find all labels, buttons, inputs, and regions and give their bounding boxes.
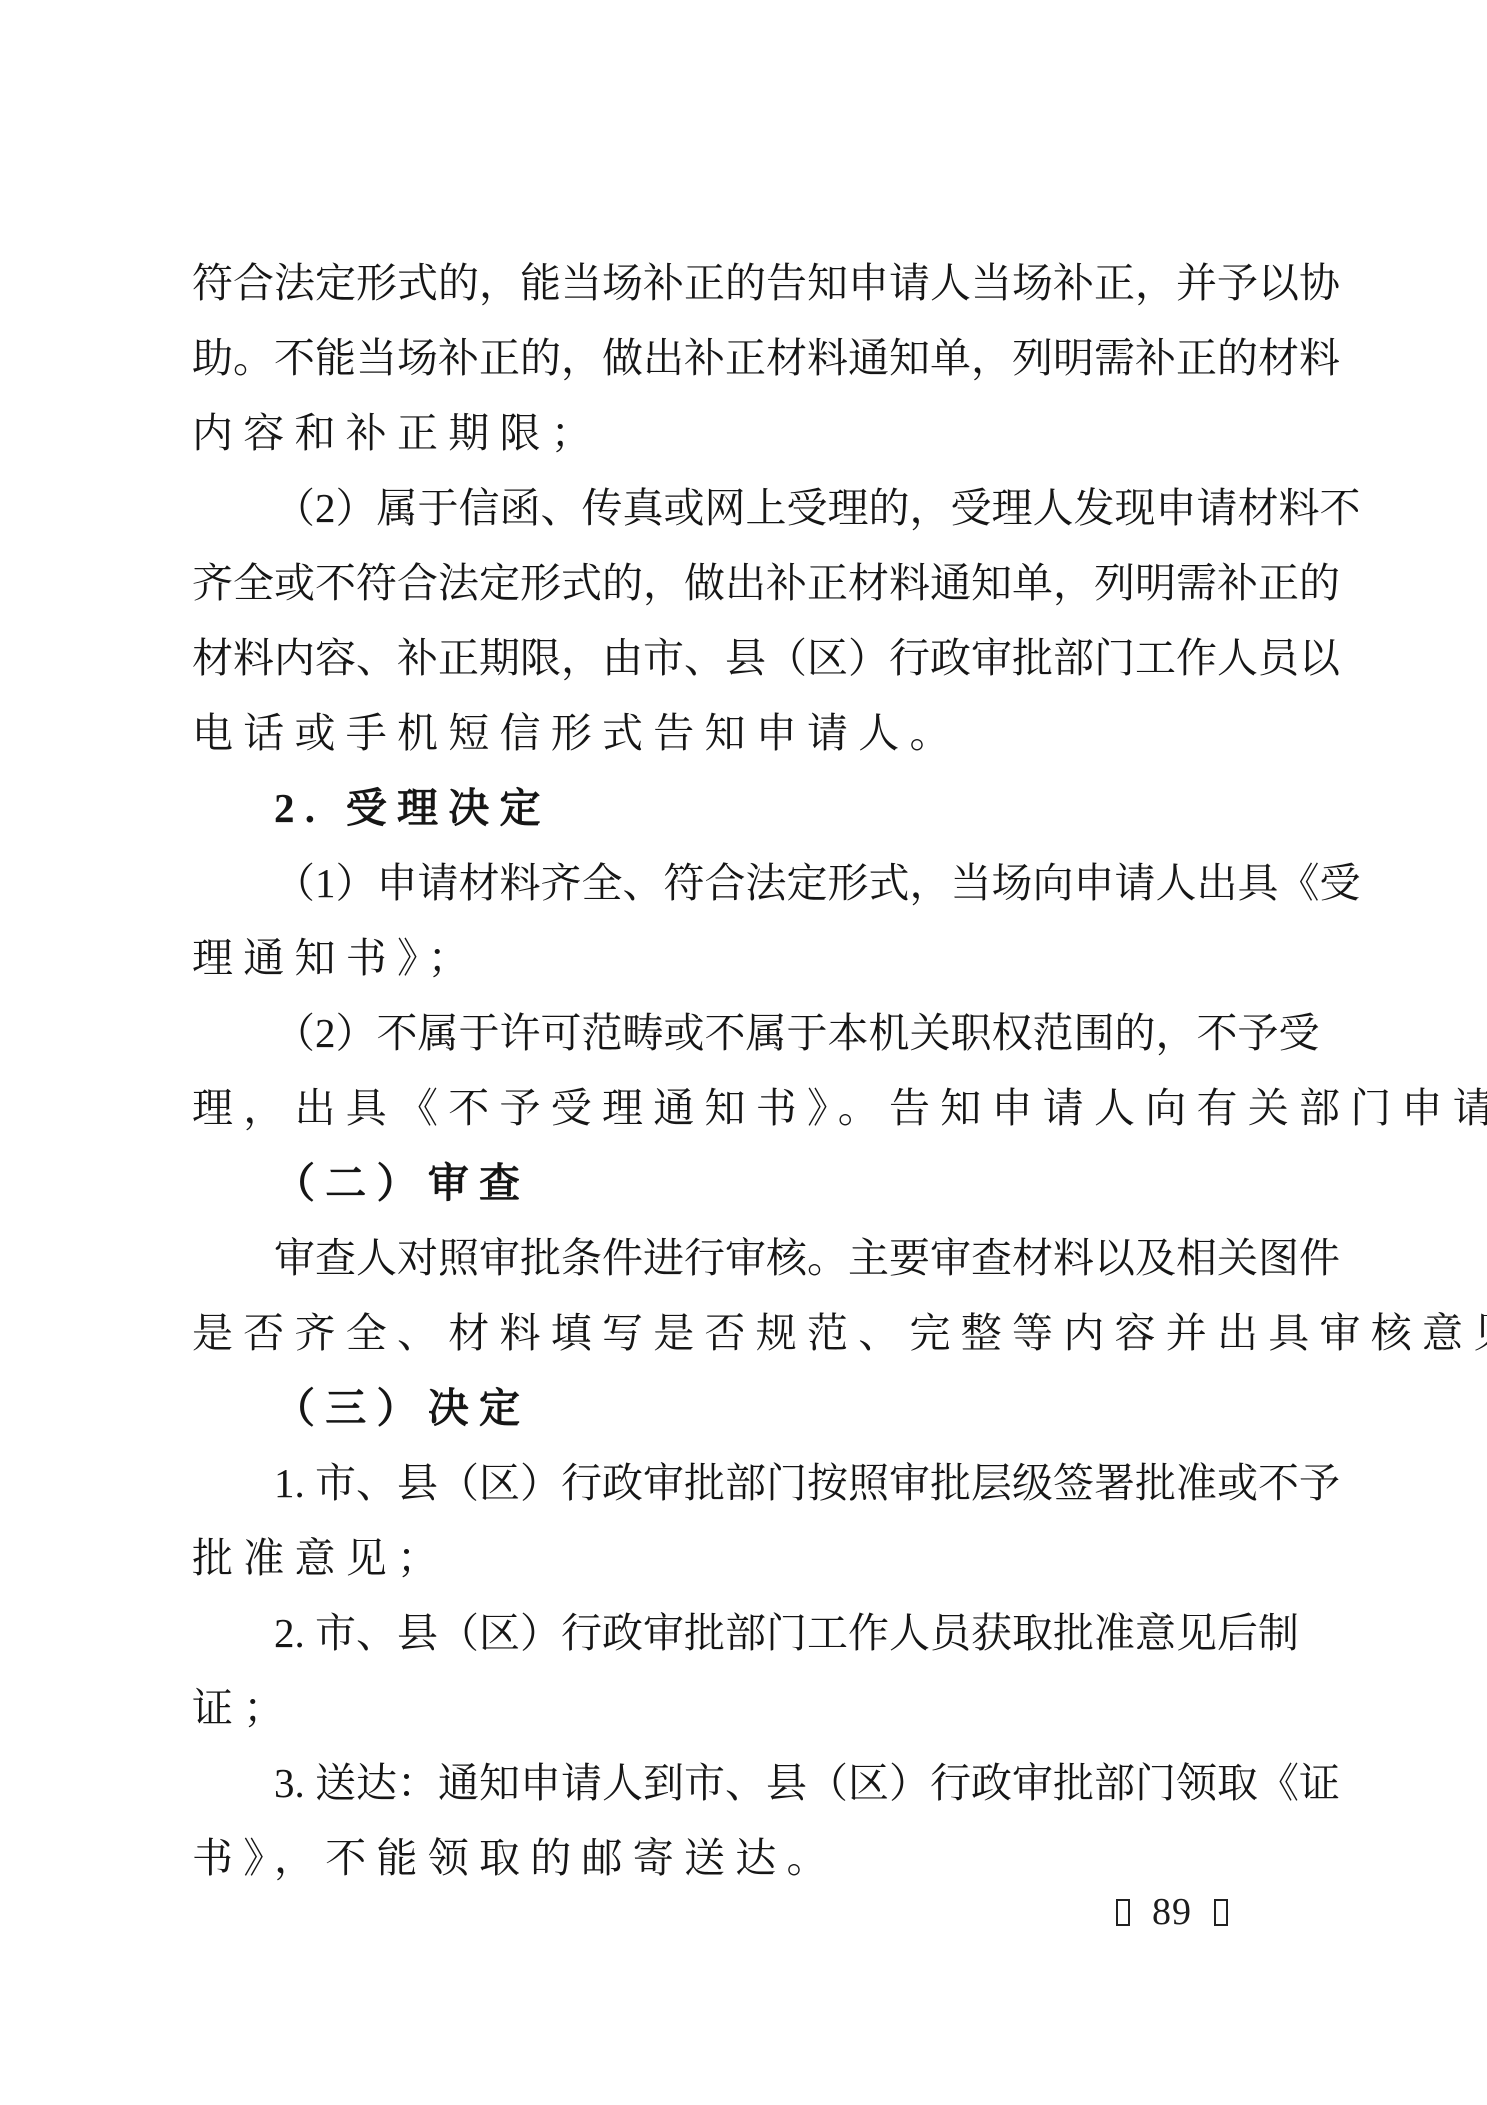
text-line: 材料内容、补正期限，由市、县（区）行政审批部门工作人员以: [192, 621, 1293, 696]
text-line: 书》，不能领取的邮寄送达。: [192, 1821, 1293, 1896]
text-line: 1. 市、县（区）行政审批部门按照审批层级签署批准或不予: [192, 1446, 1293, 1521]
text-line: 助。不能当场补正的，做出补正材料通知单，列明需补正的材料: [192, 321, 1293, 396]
text-line: 审查人对照审批条件进行审核。主要审查材料以及相关图件: [192, 1221, 1293, 1296]
text-line: 符合法定形式的，能当场补正的告知申请人当场补正，并予以协: [192, 246, 1293, 321]
heading-line: （三）决定: [192, 1371, 1293, 1446]
text-line: 批准意见；: [192, 1521, 1293, 1596]
text-line: 理通知书》；: [192, 921, 1293, 996]
text-line: 3. 送达：通知申请人到市、县（区）行政审批部门领取《证: [192, 1746, 1293, 1821]
text-line: 是否齐全、材料填写是否规范、完整等内容并出具审核意见。: [192, 1296, 1293, 1371]
text-line: （2）不属于许可范畴或不属于本机关职权范围的，不予受: [192, 996, 1293, 1071]
missing-glyph-box: [1214, 1899, 1228, 1926]
text-line: 内容和补正期限；: [192, 396, 1293, 471]
heading-line: 2. 受理决定: [192, 771, 1293, 846]
document-page: 符合法定形式的，能当场补正的告知申请人当场补正，并予以协助。不能当场补正的，做出…: [0, 0, 1487, 2105]
page-footer: 89: [1116, 1893, 1228, 1931]
heading-line: （二）审查: [192, 1146, 1293, 1221]
text-line: 理，出具《不予受理通知书》。告知申请人向有关部门申请。: [192, 1071, 1293, 1146]
text-block: 符合法定形式的，能当场补正的告知申请人当场补正，并予以协助。不能当场补正的，做出…: [192, 246, 1293, 1896]
text-line: 证；: [192, 1671, 1293, 1746]
text-line: 电话或手机短信形式告知申请人。: [192, 696, 1293, 771]
page-number: 89: [1152, 1893, 1192, 1931]
text-line: （1）申请材料齐全、符合法定形式，当场向申请人出具《受: [192, 846, 1293, 921]
text-line: 齐全或不符合法定形式的，做出补正材料通知单，列明需补正的: [192, 546, 1293, 621]
text-line: 2. 市、县（区）行政审批部门工作人员获取批准意见后制: [192, 1596, 1293, 1671]
missing-glyph-box: [1116, 1899, 1130, 1926]
text-line: （2）属于信函、传真或网上受理的，受理人发现申请材料不: [192, 471, 1293, 546]
